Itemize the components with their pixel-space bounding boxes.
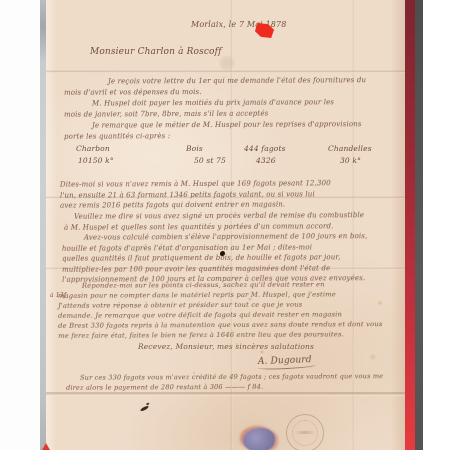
col-value: 30 k° — [340, 156, 372, 165]
wax-seal-icon — [243, 428, 275, 450]
red-corner-mark — [42, 443, 50, 450]
scan-left-margin — [0, 0, 40, 450]
paragraph-3: Je remarque que le métier de M. Huspel p… — [64, 119, 362, 142]
letter-scan: Morlaix, le 7 Mai 1878 Monsieur Charlon … — [0, 0, 450, 450]
table-col-chandelles: Chandelles 30 k° — [328, 144, 372, 165]
ink-fleck — [140, 405, 149, 412]
closing-line: Recevez, Monsieur, mes sincères salutati… — [138, 342, 314, 351]
paragraph-2: M. Huspel doit payer les moitiés du prix… — [64, 97, 334, 120]
binding-dark-edge — [415, 0, 423, 450]
quantities-table: Charbon 10150 k° Bois 50 st 75 444 fagot… — [46, 144, 405, 176]
paragraph-7: Répondez-moi sur les points ci-dessus, s… — [58, 279, 383, 341]
col-header: Chandelles — [328, 144, 372, 153]
date-line: Morlaix, le 7 Mai 1878 — [191, 20, 287, 29]
ink-blot — [220, 251, 225, 256]
letter-paper: Morlaix, le 7 Mai 1878 Monsieur Charlon … — [46, 0, 405, 450]
table-col-fagots: 444 fagots 4326 — [244, 144, 286, 165]
postmark-stamp-icon — [286, 414, 324, 450]
salutation: Monsieur Charlon à Roscoff — [90, 47, 222, 57]
signature: A. Dugourd — [258, 355, 316, 370]
paragraph-5: Veuillez me dire si vous avez signé un p… — [64, 210, 364, 233]
paragraph-4: Dites-moi si vous n'avez remis à M. Husp… — [60, 178, 331, 211]
handwritten-line: me ferez faire état, faites le bien ne f… — [58, 329, 382, 341]
col-header: Charbon — [76, 144, 114, 153]
handwritten-line: mois d'avril et vos dépenses du mois. — [64, 86, 366, 98]
col-value: 10150 k° — [78, 156, 114, 165]
table-col-charbon: Charbon 10150 k° — [76, 144, 114, 165]
handwritten-line: porte les quantités ci-après : — [64, 130, 362, 142]
col-value: 50 st 75 — [194, 156, 226, 165]
paragraph-6: Avez-vous calculé combien s'élève l'appr… — [62, 231, 368, 286]
col-header: Bois — [186, 144, 226, 153]
col-value: 4326 — [256, 156, 286, 165]
handwritten-line: direz alors le payement de 280 restant à… — [66, 381, 383, 393]
binding-red-edge — [405, 0, 415, 450]
table-col-bois: Bois 50 st 75 — [186, 144, 226, 165]
scan-right-margin — [423, 0, 450, 450]
postscript: Sur ces 330 fagots vous m'avez crédité d… — [66, 371, 383, 393]
paragraph-1: Je reçois votre lettre du 1er qui me dem… — [64, 75, 366, 98]
handwritten-line: mois de janvier, soit 7bre, 8bre, mais s… — [64, 108, 334, 120]
col-header: 444 fagots — [244, 144, 286, 153]
